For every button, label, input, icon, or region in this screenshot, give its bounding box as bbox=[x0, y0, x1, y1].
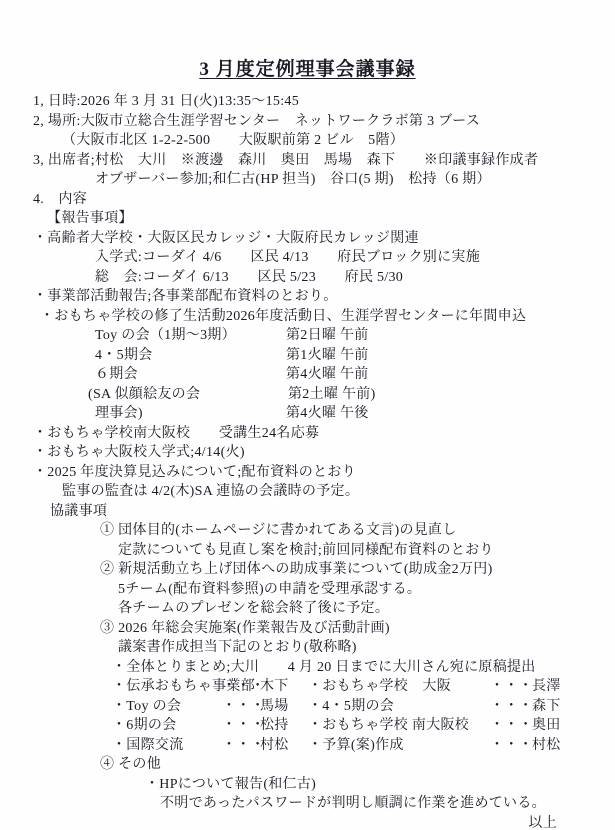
hp-report-line: ・HPについて報告(和仁古) bbox=[0, 775, 615, 795]
settlement-line: ・2025 年度決算見込みについて;配布資料のとおり bbox=[0, 463, 615, 483]
minami-school-line: ・おもちゃ学校南大阪校 受講生24名応募 bbox=[0, 424, 615, 444]
assignment-label: ・6期の会 bbox=[112, 716, 222, 736]
assignment-label: ・国際交流 bbox=[112, 736, 222, 756]
meeting-datetime: 1, 日時:2026 年 3 月 31 日(火)13:35～15:45 bbox=[0, 92, 615, 112]
meeting-minutes-document: 3 月度定例理事会議事録 1, 日時:2026 年 3 月 31 日(火)13:… bbox=[0, 0, 615, 830]
leader-dots: ・・・ bbox=[222, 677, 260, 697]
schedule-row: Toy の会（1期～3期）第2日曜 午前 bbox=[0, 326, 615, 346]
assignment-person: 奥田 bbox=[532, 716, 615, 736]
schedule-group: 4・5期会 bbox=[95, 346, 286, 366]
leader-dots: ・・・ bbox=[490, 697, 532, 717]
audit-line: 監事の監査は 4/2(木)SA 連協の会議時の予定。 bbox=[0, 482, 615, 502]
discussion-item-1: ① 団体目的(ホームページに書かれてある文言)の見直し bbox=[0, 521, 615, 541]
assignment-label: ・おもちゃ学校 大阪 bbox=[308, 677, 490, 697]
leader-dots: ・・・ bbox=[222, 697, 260, 717]
discussion-section-heading: 協議事項 bbox=[0, 502, 615, 522]
assignment-row: ・国際交流・・・村松・予算(案)作成・・・村松 bbox=[0, 736, 615, 756]
closing-mark: 以上 bbox=[0, 814, 615, 830]
schedule-time: 第4火曜 午後 bbox=[286, 404, 369, 424]
discussion-item-2: ② 新規活動立ち上げ団体への助成事業について(助成金2万円) bbox=[0, 560, 615, 580]
assignment-person: 森下 bbox=[532, 697, 615, 717]
discussion-item-2-sub2: 各チームのプレゼンを総会終了後に予定。 bbox=[0, 599, 615, 619]
leader-dots: ・・・ bbox=[490, 716, 532, 736]
toy-school-intro-line: ・おもちゃ学校の修了生活動2026年度活動日、生涯学習センターに年間申込 bbox=[0, 307, 615, 327]
assignment-person: 松持 bbox=[260, 716, 308, 736]
attendees-line: 3, 出席者;村松 大川 ※渡邊 森川 奥田 馬場 森下 ※印議事録作成者 bbox=[0, 151, 615, 171]
schedule-time: 第2日曜 午前 bbox=[286, 326, 369, 346]
assignment-row: ・6期の会・・・松持・おもちゃ学校 南大阪校・・・奥田 bbox=[0, 716, 615, 736]
discussion-item-3: ③ 2026 年総会実施案(作業報告及び活動計画) bbox=[0, 619, 615, 639]
schedule-time: 第1火曜 午前 bbox=[286, 346, 369, 366]
assignment-label: ・4・5期の会 bbox=[308, 697, 490, 717]
assignment-person: 馬場 bbox=[260, 697, 308, 717]
college-general-line: 総 会:コーダイ 6/13 区民 5/23 府民 5/30 bbox=[0, 268, 615, 288]
college-related-line: ・高齢者大学校・大阪区民カレッジ・大阪府民カレッジ関連 bbox=[0, 229, 615, 249]
schedule-row: 理事会)第4火曜 午後 bbox=[0, 404, 615, 424]
page-title: 3 月度定例理事会議事録 bbox=[199, 59, 415, 80]
schedule-group: ６期会 bbox=[95, 365, 286, 385]
assignment-label: ・伝承おもちゃ事業部 bbox=[112, 677, 222, 697]
schedule-row: 4・5期会第1火曜 午前 bbox=[0, 346, 615, 366]
college-entrance-line: 入学式:コーダイ 4/6 区民 4/13 府民ブロック別に実施 bbox=[0, 248, 615, 268]
schedule-row: ６期会第4火曜 午前 bbox=[0, 365, 615, 385]
business-report-line: ・事業部活動報告;各事業部配布資料のとおり。 bbox=[0, 287, 615, 307]
observers-line: オブザーバー参加;和仁古(HP 担当) 谷口(5 期) 松持（6 期） bbox=[0, 170, 615, 190]
assignment-person: 村松 bbox=[532, 736, 615, 756]
leader-dots: ・・・ bbox=[222, 736, 260, 756]
hp-detail-line: 不明であったパスワードが判明し順調に作業を進めている。 bbox=[0, 794, 615, 814]
overall-coordinator-line: ・全体とりまとめ;大川 4 月 20 日までに大川さん宛に原稿提出 bbox=[0, 658, 615, 678]
report-section-heading: 【報告事項】 bbox=[0, 209, 615, 229]
venue-address: （大阪市北区 1-2-2-500 大阪駅前第 2 ビル 5階） bbox=[0, 131, 615, 151]
leader-dots: ・・・ bbox=[490, 677, 532, 697]
meeting-venue: 2, 場所:大阪市立総合生涯学習センター ネットワークラボ第 3 ブース bbox=[0, 112, 615, 132]
schedule-time: 第2土曜 午前) bbox=[288, 385, 376, 405]
leader-dots: ・・・ bbox=[490, 736, 532, 756]
assignment-row: ・伝承おもちゃ事業部・・・木下・おもちゃ学校 大阪・・・長澤 bbox=[0, 677, 615, 697]
assignment-person: 村松 bbox=[260, 736, 308, 756]
assignment-label: ・予算(案)作成 bbox=[308, 736, 490, 756]
schedule-time: 第4火曜 午前 bbox=[286, 365, 369, 385]
assignment-person: 長澤 bbox=[532, 677, 615, 697]
discussion-item-4: ④ その他 bbox=[0, 755, 615, 775]
assignment-label: ・おもちゃ学校 南大阪校 bbox=[308, 716, 490, 736]
assignment-label: ・Toy の会 bbox=[112, 697, 222, 717]
assignment-person: 木下 bbox=[260, 677, 308, 697]
schedule-group: 理事会) bbox=[95, 404, 286, 424]
contents-heading: 4. 内容 bbox=[0, 190, 615, 210]
discussion-item-3-sub: 議案書作成担当下記のとおり(敬称略) bbox=[0, 638, 615, 658]
discussion-item-2-sub1: 5チーム(配布資料参照)の申請を受理承認する。 bbox=[0, 580, 615, 600]
schedule-group: (SA 似顔絵友の会 bbox=[88, 385, 288, 405]
assignment-row: ・Toy の会・・・馬場・4・5期の会・・・森下 bbox=[0, 697, 615, 717]
discussion-item-1-sub: 定款についても見直し案を検討;前回同様配布資料のとおり bbox=[0, 541, 615, 561]
leader-dots: ・・・ bbox=[222, 716, 260, 736]
schedule-row: (SA 似顔絵友の会第2土曜 午前) bbox=[0, 385, 615, 405]
osaka-entrance-line: ・おもちゃ大阪校入学式;4/14(火) bbox=[0, 443, 615, 463]
schedule-group: Toy の会（1期～3期） bbox=[95, 326, 286, 346]
document-title-row: 3 月度定例理事会議事録 bbox=[0, 54, 615, 81]
